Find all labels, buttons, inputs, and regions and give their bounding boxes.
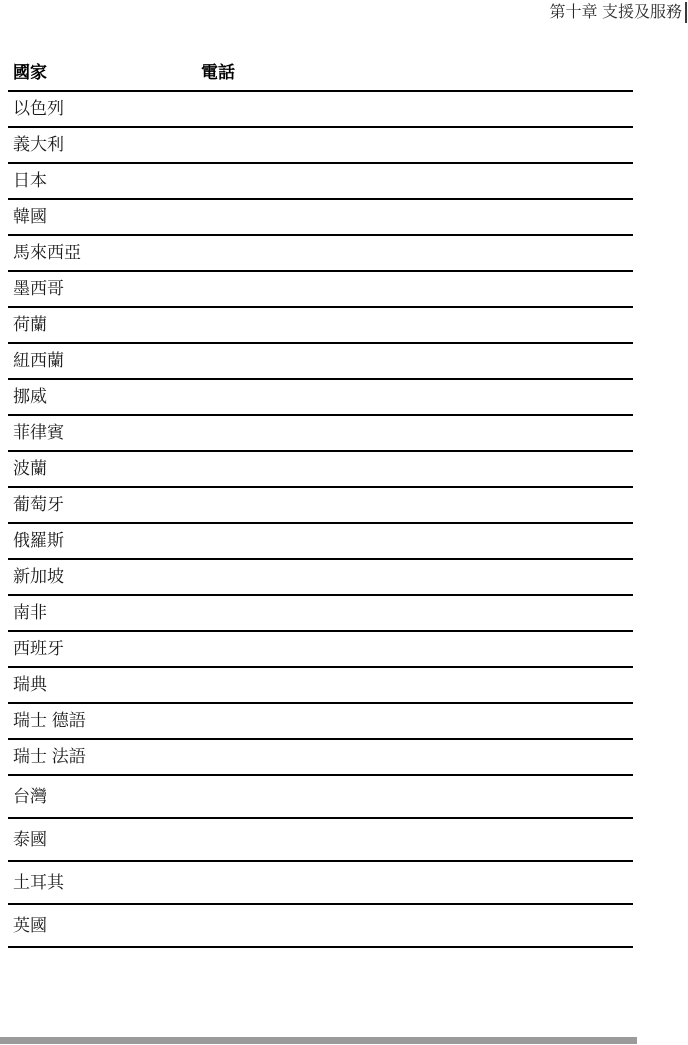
phone-cell <box>196 861 633 904</box>
country-cell: 義大利 <box>8 127 196 163</box>
country-cell: 瑞士 法語 <box>8 739 196 775</box>
country-cell: 菲律賓 <box>8 415 196 451</box>
phone-cell <box>196 487 633 523</box>
table-row: 南非 <box>8 595 633 631</box>
table-row: 馬來西亞 <box>8 235 633 271</box>
phone-cell <box>196 739 633 775</box>
header-vertical-rule <box>685 2 687 23</box>
table-header-row: 國家 電話 <box>8 60 633 91</box>
table-row: 葡萄牙 <box>8 487 633 523</box>
running-header-title: 第十章 支援及服務 <box>550 3 682 23</box>
country-cell: 挪威 <box>8 379 196 415</box>
table-row: 菲律賓 <box>8 415 633 451</box>
phone-cell <box>196 595 633 631</box>
country-cell: 日本 <box>8 163 196 199</box>
phone-cell <box>196 703 633 739</box>
table-row: 俄羅斯 <box>8 523 633 559</box>
table-row: 墨西哥 <box>8 271 633 307</box>
phone-cell <box>196 307 633 343</box>
table-row: 以色列 <box>8 91 633 127</box>
country-cell: 新加坡 <box>8 559 196 595</box>
phone-cell <box>196 667 633 703</box>
country-cell: 泰國 <box>8 818 196 861</box>
table-row: 英國 <box>8 904 633 947</box>
country-cell: 以色列 <box>8 91 196 127</box>
country-cell: 馬來西亞 <box>8 235 196 271</box>
country-table-body: 以色列義大利日本韓國馬來西亞墨西哥荷蘭紐西蘭挪威菲律賓波蘭葡萄牙俄羅斯新加坡南非… <box>8 91 633 947</box>
phone-cell <box>196 451 633 487</box>
phone-cell <box>196 271 633 307</box>
table-row: 韓國 <box>8 199 633 235</box>
table-row: 土耳其 <box>8 861 633 904</box>
table-row: 瑞士 德語 <box>8 703 633 739</box>
phone-cell <box>196 379 633 415</box>
table-row: 瑞典 <box>8 667 633 703</box>
table-row: 紐西蘭 <box>8 343 633 379</box>
phone-column-header: 電話 <box>196 60 633 91</box>
country-cell: 紐西蘭 <box>8 343 196 379</box>
country-cell: 台灣 <box>8 775 196 818</box>
country-cell: 葡萄牙 <box>8 487 196 523</box>
country-column-header: 國家 <box>8 60 196 91</box>
table-row: 義大利 <box>8 127 633 163</box>
table-row: 西班牙 <box>8 631 633 667</box>
footer-bar <box>0 1037 637 1044</box>
country-cell: 瑞士 德語 <box>8 703 196 739</box>
table-row: 日本 <box>8 163 633 199</box>
table-row: 波蘭 <box>8 451 633 487</box>
country-cell: 韓國 <box>8 199 196 235</box>
phone-cell <box>196 91 633 127</box>
country-cell: 英國 <box>8 904 196 947</box>
table-row: 荷蘭 <box>8 307 633 343</box>
phone-cell <box>196 235 633 271</box>
phone-cell <box>196 127 633 163</box>
table-row: 挪威 <box>8 379 633 415</box>
table-row: 台灣 <box>8 775 633 818</box>
document-page: 第十章 支援及服務 國家 電話 以色列義大利日本韓國馬來西亞墨西哥荷蘭紐西蘭挪威… <box>0 0 688 1045</box>
country-cell: 墨西哥 <box>8 271 196 307</box>
phone-cell <box>196 415 633 451</box>
phone-cell <box>196 631 633 667</box>
country-cell: 西班牙 <box>8 631 196 667</box>
country-cell: 土耳其 <box>8 861 196 904</box>
phone-cell <box>196 163 633 199</box>
phone-cell <box>196 818 633 861</box>
country-cell: 波蘭 <box>8 451 196 487</box>
phone-cell <box>196 775 633 818</box>
country-cell: 瑞典 <box>8 667 196 703</box>
table-row: 泰國 <box>8 818 633 861</box>
table-row: 瑞士 法語 <box>8 739 633 775</box>
country-cell: 荷蘭 <box>8 307 196 343</box>
phone-cell <box>196 904 633 947</box>
phone-cell <box>196 523 633 559</box>
country-phone-table: 國家 電話 以色列義大利日本韓國馬來西亞墨西哥荷蘭紐西蘭挪威菲律賓波蘭葡萄牙俄羅… <box>8 60 633 948</box>
country-cell: 俄羅斯 <box>8 523 196 559</box>
country-cell: 南非 <box>8 595 196 631</box>
phone-cell <box>196 343 633 379</box>
phone-cell <box>196 199 633 235</box>
table-row: 新加坡 <box>8 559 633 595</box>
phone-cell <box>196 559 633 595</box>
